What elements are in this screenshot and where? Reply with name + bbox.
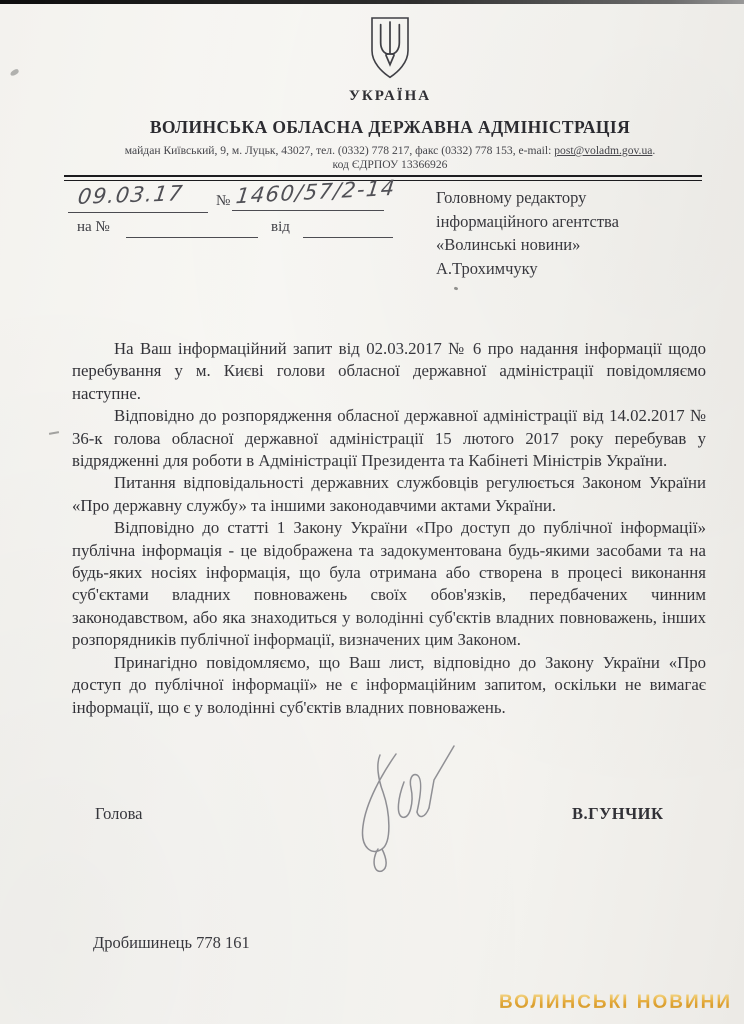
- organization-name: ВОЛИНСЬКА ОБЛАСНА ДЕРЖАВНА АДМІНІСТРАЦІЯ: [0, 117, 744, 138]
- volynski-novyny-watermark: ВОЛИНСЬКІ НОВИНИ: [492, 992, 732, 1014]
- body-paragraph: На Ваш інформаційний запит від 02.03.201…: [72, 338, 706, 405]
- number-field-line: [232, 210, 384, 211]
- address-suffix: .: [652, 144, 655, 157]
- recipient-line: інформаційного агентства: [436, 210, 619, 234]
- org-address: майдан Київський, 9, м. Луцьк, 43027, те…: [0, 144, 744, 172]
- executor-note: Дробишинець 778 161: [93, 933, 250, 953]
- recipient-line: А.Трохимчуку: [436, 257, 619, 281]
- body-paragraph: Принагідно повідомляємо, що Ваш лист, ві…: [72, 652, 706, 719]
- number-label: №: [216, 193, 230, 210]
- signer-name: В.ГУНЧИК: [572, 804, 663, 824]
- recipient-line: Головному редактору: [436, 186, 619, 210]
- email-text: post@voladm.gov.ua: [554, 144, 652, 157]
- scanned-letter: УКРАЇНА ВОЛИНСЬКА ОБЛАСНА ДЕРЖАВНА АДМІН…: [0, 0, 744, 1024]
- body-paragraph: Питання відповідальності державних служб…: [72, 472, 706, 517]
- coat-of-arms-icon: [366, 16, 414, 84]
- letter-body: На Ваш інформаційний запит від 02.03.201…: [72, 338, 706, 719]
- scan-dot-artifact: [454, 286, 459, 290]
- scan-edge-artifact: [0, 0, 744, 4]
- edrpou-code: код ЄДРПОУ 13366926: [333, 158, 448, 171]
- reply-number-label: на №: [77, 219, 110, 236]
- signer-title: Голова: [95, 804, 143, 824]
- handwritten-date: 09.03.17: [76, 181, 185, 209]
- handwritten-signature: [326, 742, 462, 876]
- country-name: УКРАЇНА: [0, 88, 744, 105]
- reply-date-label: від: [271, 219, 290, 236]
- reply-date-field-line: [303, 237, 393, 238]
- recipient-line: «Волинські новини»: [436, 233, 619, 257]
- scan-smudge-artifact: [9, 68, 19, 77]
- scan-dash-artifact: [49, 431, 59, 435]
- date-field-line: [68, 212, 208, 213]
- body-paragraph: Відповідно до розпорядження обласної дер…: [72, 405, 706, 472]
- body-paragraph: Відповідно до статті 1 Закону України «П…: [72, 517, 706, 651]
- reply-number-field-line: [126, 237, 258, 238]
- recipient-block: Головному редактору інформаційного агент…: [436, 186, 619, 280]
- address-text: майдан Київський, 9, м. Луцьк, 43027, те…: [125, 144, 555, 157]
